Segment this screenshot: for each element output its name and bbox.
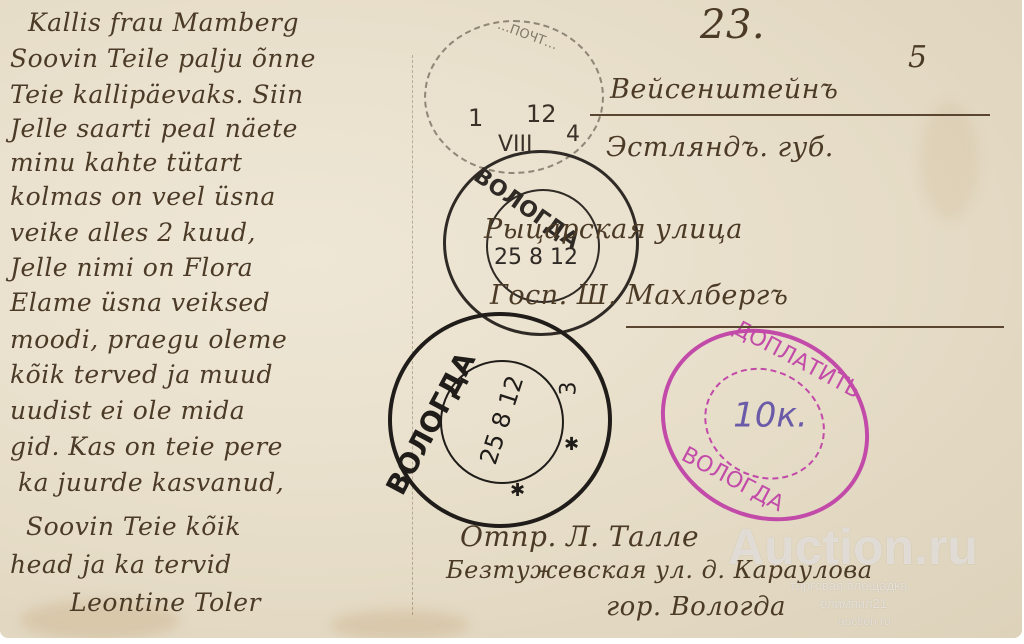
postmark-day: 1: [468, 104, 483, 132]
address-recipient: Госп. Ш. Махлбергъ: [490, 280, 788, 311]
message-line: kõik terved ja muud: [10, 360, 273, 389]
message-line: ka juurde kasvanud,: [18, 468, 284, 497]
message-line: Teie kallipäevaks. Siin: [10, 80, 304, 109]
recipient-underline: [626, 326, 1004, 328]
message-line: uudist ei ole mida: [10, 396, 245, 425]
card-divider-line: [412, 55, 413, 615]
sender-name: Отпр. Л. Талле: [460, 520, 699, 553]
watermark-line2: олимпил21: [820, 596, 887, 611]
postcard-back: Kallis frau Mamberg Soovin Teile palju õ…: [0, 0, 1022, 638]
address-street: Рыцарская улица: [484, 214, 743, 245]
postage-due-amount: 10к.: [733, 395, 808, 435]
postmark-number: 4: [566, 122, 580, 147]
message-line: Jelle saarti peal näete: [10, 114, 298, 143]
sender-city: гор. Вологда: [606, 592, 786, 622]
message-line: Elame üsna veiksed: [10, 288, 270, 317]
message-line: gid. Kas on teie pere: [10, 432, 283, 461]
postmark-date: 25 8 12: [494, 245, 578, 270]
signature: Leontine Toler: [70, 588, 261, 617]
postmark-date: 12: [526, 100, 557, 128]
message-line: veike alles 2 kuud,: [10, 218, 256, 247]
message-line: kolmas on veel üsna: [10, 182, 276, 211]
corner-mark: 5: [908, 40, 928, 75]
watermark-brand: Auction.ru: [728, 518, 978, 576]
postmark-lower: ВОЛОГДА 25 8 12 3 ✱ ✱: [388, 312, 612, 528]
message-line: Soovin Teile palju õnne: [10, 44, 316, 73]
postmark-number: 3: [557, 382, 582, 396]
star-icon: ✱: [564, 434, 579, 455]
message-line: Kallis frau Mamberg: [28, 8, 299, 37]
address-town: Вейсенштейнъ: [610, 74, 838, 105]
message-line: Soovin Teie kõik: [26, 512, 241, 541]
page-number: 23.: [700, 2, 765, 48]
message-line: Jelle nimi on Flora: [10, 253, 253, 282]
star-icon: ✱: [510, 480, 525, 501]
address-province: Эстляндъ. губ.: [606, 132, 834, 163]
age-stain: [920, 100, 980, 220]
message-line: minu kahte tütart: [10, 148, 242, 177]
message-line: moodi, praegu oleme: [10, 325, 287, 354]
postmark-top: …ПОЧТ… 1 12 VIII 4: [424, 20, 604, 174]
message-line: head ja ka tervid: [10, 550, 232, 579]
age-stain: [330, 610, 470, 638]
postmark-ring-text: …ПОЧТ…: [495, 18, 559, 54]
watermark-line3: auction.ru: [838, 614, 891, 628]
watermark-line1: торговая площадка: [790, 578, 907, 593]
address-underline: [590, 114, 990, 116]
